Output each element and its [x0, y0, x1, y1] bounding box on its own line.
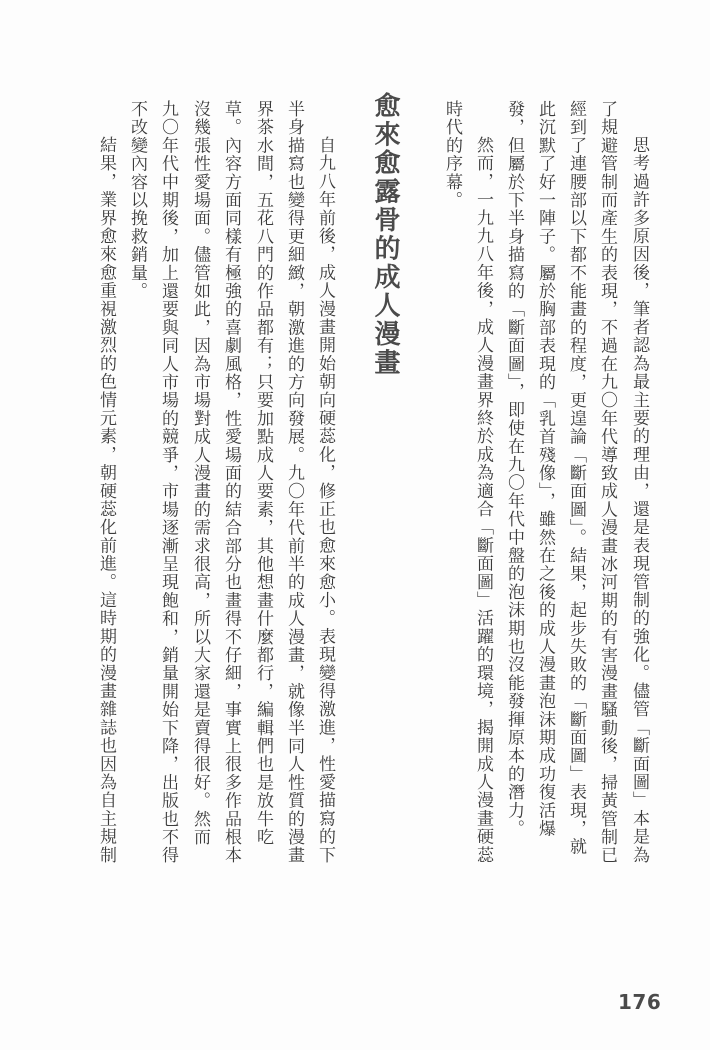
paragraph-column: 不改變內容以挽救銷量。 — [127, 100, 147, 910]
paragraph-column: 經到了連腰部以下都不能畫的程度，更遑論「斷面圖」。結果，起步失敗的「斷面圖」表現… — [566, 100, 586, 910]
paragraph-column: 了規避管制而產生的表現，不過在九〇年代導致成人漫畫冰河期的有害漫畫騷動後，掃黃管… — [597, 100, 617, 910]
paragraph-column: 發，但屬於下半身描寫的「斷面圖」，即使在九〇年代中盤的泡沫期也沒能發揮原本的潛力… — [504, 100, 524, 910]
paragraph-column: 半身描寫也變得更細緻，朝激進的方向發展。九〇年代前半的成人漫畫，就像半同人性質的… — [284, 100, 304, 910]
section-heading: 愈來愈露骨的成人漫畫 — [370, 92, 400, 377]
paragraph-column: 草。內容方面同樣有極強的喜劇風格，性愛場面的結合部分也畫得不仔細，事實上很多作品… — [221, 100, 241, 910]
paragraph-column: 結果，業界愈來愈重視激烈的色情元素，朝硬蕊化前進。這時期的漫畫雜誌也因為自主規制 — [96, 136, 116, 946]
paragraph-column: 自九八年前後，成人漫畫開始朝向硬蕊化，修正也愈來愈小。表現變得激進，性愛描寫的下 — [315, 136, 335, 946]
paragraph-column: 界茶水間，五花八門的作品都有；只要加點成人要素，其他想畫什麼都行，編輯們也是放牛… — [253, 100, 273, 910]
paragraph-column: 此沉默了好一陣子。屬於胸部表現的「乳首殘像」，雖然在之後的成人漫畫泡沫期成功復活… — [535, 100, 555, 910]
paragraph-column: 思考過許多原因後，筆者認為最主要的理由，還是表現管制的強化。儘管「斷面圖」本是為 — [629, 136, 649, 946]
page-number: 176 — [618, 990, 661, 1014]
paragraph-column: 九〇年代中期後，加上還要與同人市場的競爭，市場逐漸呈現飽和，銷量開始下降，出版也… — [158, 100, 178, 910]
paragraph-column: 時代的序幕。 — [442, 100, 462, 910]
paragraph-column: 然而，一九九八年後，成人漫畫界終於成為適合「斷面圖」活躍的環境，揭開成人漫畫硬蕊 — [473, 136, 493, 946]
paragraph-column: 沒幾張性愛場面。儘管如此，因為市場對成人漫畫的需求很高，所以大家還是賣得很好。然… — [190, 100, 210, 910]
